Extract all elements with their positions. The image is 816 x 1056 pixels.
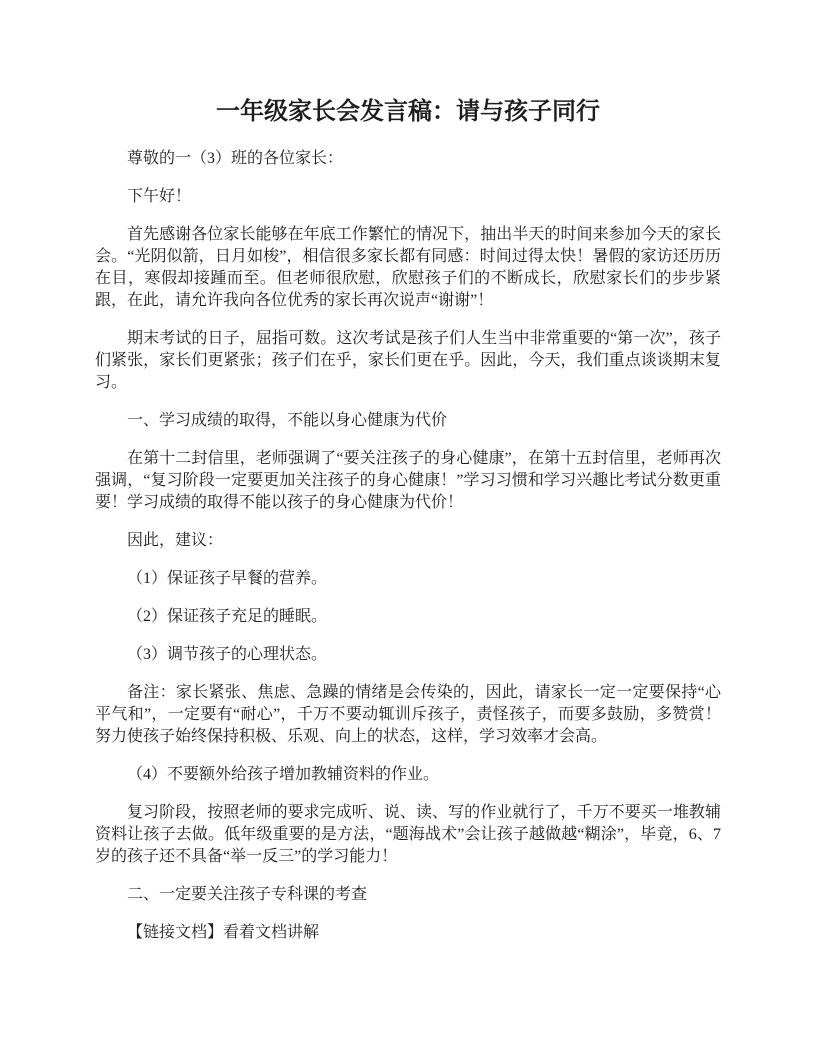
document-page: 一年级家长会发言稿：请与孩子同行 尊敬的一（3）班的各位家长： 下午好！ 首先感… — [0, 0, 816, 1056]
paragraph-letters: 在第十二封信里，老师强调了“要关注孩子的身心健康”，在第十五封信里，老师再次强调… — [95, 448, 721, 514]
paragraph-salutation: 尊敬的一（3）班的各位家长： — [95, 148, 721, 170]
paragraph-suggestion-lead: 因此，建议： — [95, 530, 721, 552]
list-item-1: （1）保证孩子早餐的营养。 — [95, 568, 721, 590]
paragraph-linked-doc: 【链接文档】看着文档讲解 — [95, 922, 721, 944]
heading-section-2: 二、一定要关注孩子专科课的考查 — [95, 884, 721, 906]
document-title: 一年级家长会发言稿：请与孩子同行 — [95, 96, 721, 128]
paragraph-greeting: 下午好！ — [95, 186, 721, 208]
list-item-4: （4）不要额外给孩子增加教辅资料的作业。 — [95, 764, 721, 786]
list-item-3: （3）调节孩子的心理状态。 — [95, 644, 721, 666]
paragraph-exam-intro: 期末考试的日子，屈指可数。这次考试是孩子们人生当中非常重要的“第一次”，孩子们紧… — [95, 328, 721, 394]
document-body: 尊敬的一（3）班的各位家长： 下午好！ 首先感谢各位家长能够在年底工作繁忙的情况… — [95, 148, 721, 944]
paragraph-review-advice: 复习阶段，按照老师的要求完成听、说、读、写的作业就行了，千万不要买一堆教辅资料让… — [95, 802, 721, 868]
paragraph-thanks: 首先感谢各位家长能够在年底工作繁忙的情况下，抽出半天的时间来参加今天的家长会。“… — [95, 224, 721, 312]
paragraph-note: 备注：家长紧张、焦虑、急躁的情绪是会传染的，因此，请家长一定一定要保持“心平气和… — [95, 682, 721, 748]
list-item-2: （2）保证孩子充足的睡眠。 — [95, 606, 721, 628]
heading-section-1: 一、学习成绩的取得，不能以身心健康为代价 — [95, 410, 721, 432]
